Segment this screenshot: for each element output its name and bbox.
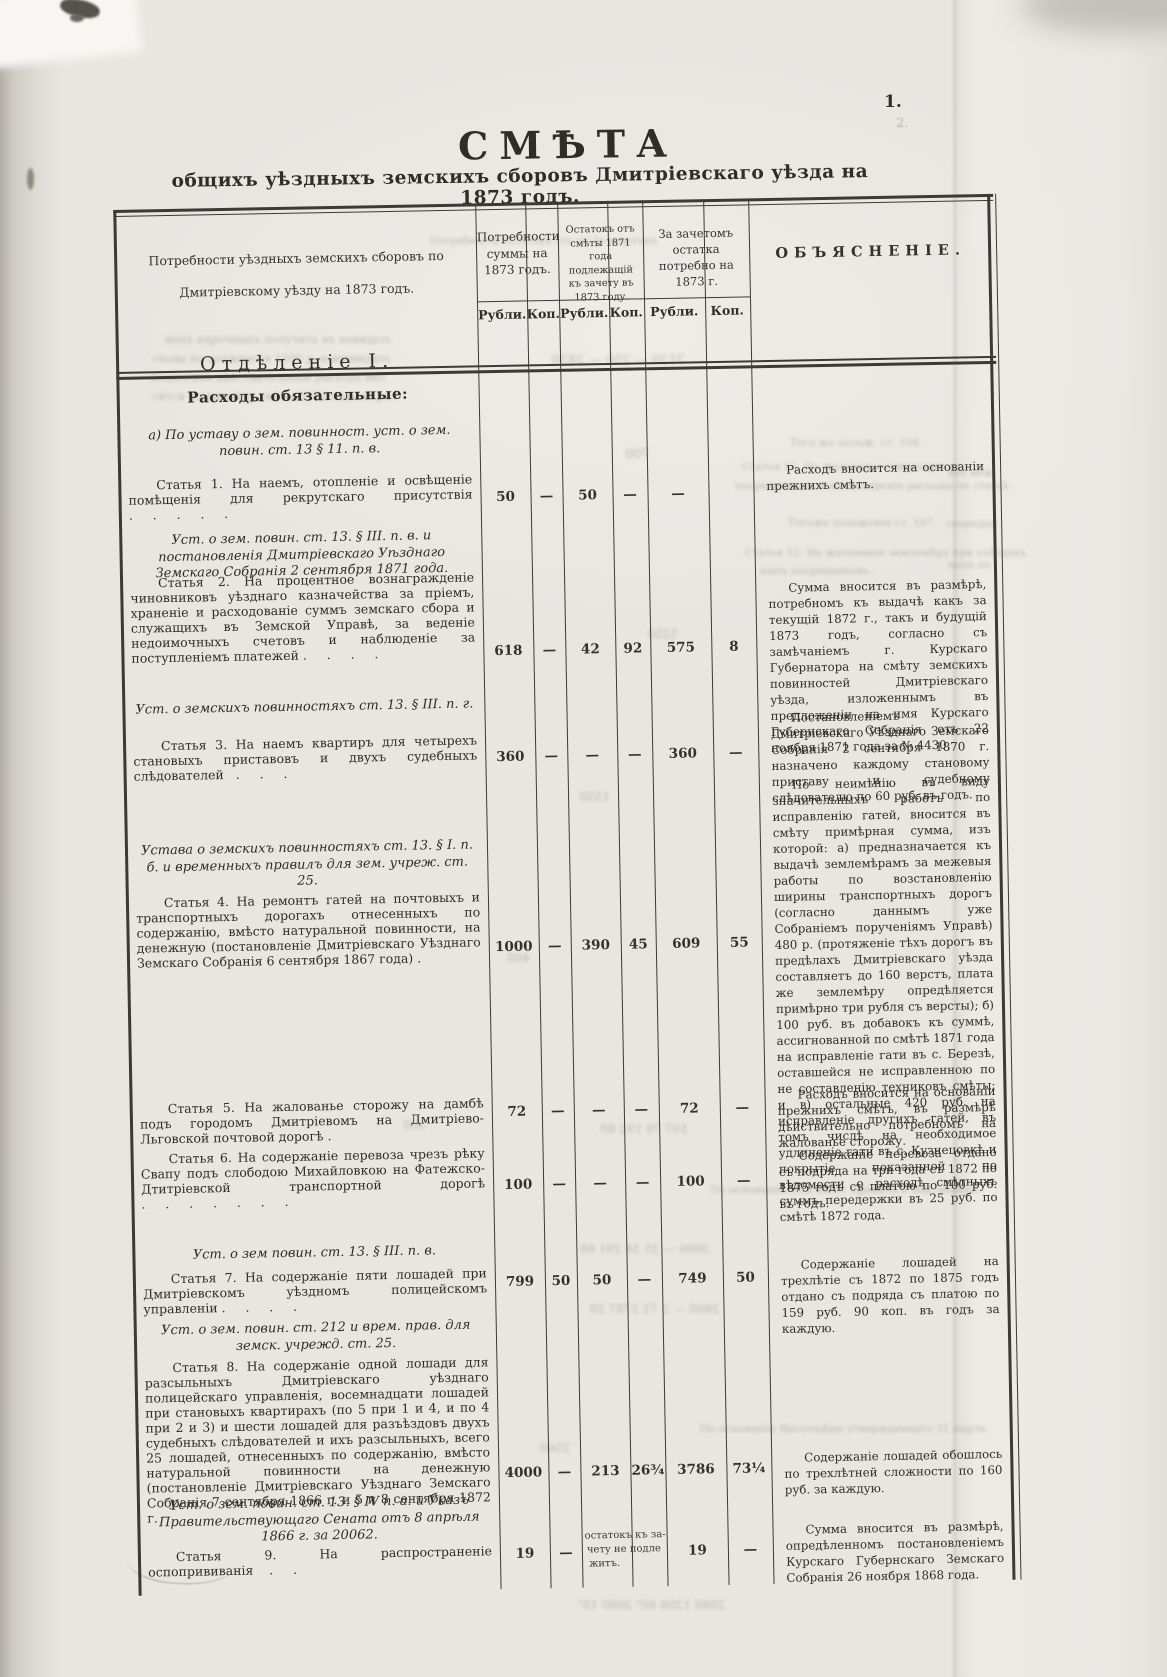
column-header-needs-description: Потребности уѣздныхъ земскихъ сборовъ по… (122, 239, 471, 309)
art9-value-k3: — (716, 1541, 784, 1558)
article-1-text: Статья 1. На наемъ, отопленіе и освѣщені… (128, 471, 473, 522)
column-divider (607, 201, 634, 1587)
budget-table: Потребности уѣздныхъ земскихъ сборовъ по… (113, 180, 1029, 1611)
column-header-explanation: ОБЪЯСНЕНІЕ. (751, 242, 990, 261)
art5-value-k3: — (708, 1099, 776, 1116)
statute-note-4: Уст. о зем повин. ст. 13. § III. п. в. (142, 1242, 486, 1263)
art2-value-k3: 8 (700, 638, 768, 655)
art7-value-k3: 50 (711, 1269, 779, 1286)
section-subtitle: Расходы обязательные: (117, 385, 479, 407)
article-9-text: Статья 9. На распространеніе оспопривива… (148, 1543, 492, 1579)
article-4-text: Статья 4. На ремонтъ гатей на почтовыхъ … (136, 889, 481, 970)
article-3-text: Статья 3. На наемъ квартиръ для четырехъ… (133, 732, 478, 783)
article-6-text: Статья 6. На содержаніе перевоза чрезъ р… (141, 1145, 486, 1211)
statute-note-6: Уст. о зем. повин. ст. 13. § IV п. а. и … (147, 1492, 492, 1548)
explanation-article-6: Содержаніе перевоза отдано съ подряда на… (779, 1144, 998, 1212)
statute-note-2: Уст. о земскихъ повинностяхъ ст. 13. § I… (132, 696, 476, 717)
column-divider (525, 202, 552, 1588)
statute-note-5: Уст. о зем. повин. ст. 212 и врем. прав.… (144, 1317, 489, 1356)
ink-speck (27, 168, 34, 190)
statute-note-3: Устава о земскихъ повинностяхъ ст. 13. §… (135, 837, 480, 893)
explanation-article-7: Содержаніе лошадей на трехлѣтіе съ 1872 … (781, 1253, 1000, 1337)
art8-value-k3: 73¼ (715, 1460, 783, 1477)
page-number: 1. (884, 92, 902, 112)
column-divider (748, 198, 775, 1584)
ink-speck (70, 14, 84, 22)
corner-smudge (1020, 0, 1167, 33)
column-header-remainder-1871: Остатокъ отъ смѣты 1871 года подлежащій … (561, 222, 641, 304)
art3-value-k3: — (702, 744, 770, 761)
column-header-sum-1873: Потребности суммы на 1873 годъ. (477, 228, 558, 279)
subheader-rubles-3: Рубли. (646, 303, 702, 319)
art4-value-k3: 55 (705, 934, 773, 951)
art6-value-k3: — (710, 1172, 778, 1189)
subheader-kopecks-3: Коп. (699, 302, 755, 318)
article-2-text: Статья 2. На процентное вознагражденіе ч… (130, 569, 476, 665)
column-header-after-offset: За зачетомъ остатка потребно на 1873 г. (645, 224, 748, 290)
explanation-article-9: Сумма вносится въ размѣрѣ, опредѣленномъ… (785, 1518, 1004, 1586)
column-divider (642, 200, 669, 1586)
column-divider (703, 199, 730, 1585)
column-divider (557, 202, 584, 1588)
explanation-article-8: Содержаніе лошадей обошлось по трехлѣтне… (784, 1446, 1003, 1498)
article-5-text: Статья 5. На жалованье сторожу на дамбѣ … (140, 1095, 485, 1146)
article-7-text: Статья 7. На содержаніе пяти лошадей при… (143, 1265, 488, 1316)
art1-value-r3: — (644, 485, 712, 502)
document-title: СМѢТА (428, 120, 709, 169)
document-page: выхъ нарочныхъ получить въ навидатьсходы… (0, 0, 1167, 1677)
article-9-remainder-note-line1: остатокъ къ за- (585, 1527, 735, 1543)
explanation-article-1: Расходъ вносится на основаніи прежнихъ с… (766, 458, 985, 494)
explanation-article-5: Расходъ вносится на основаніи прежнихъ с… (777, 1083, 996, 1151)
art9-value-k1: — (532, 1544, 600, 1561)
page-number-ghost: 2. (896, 116, 908, 131)
section-note: а) По уставу о зем. повинност. уст. о зе… (129, 422, 470, 462)
